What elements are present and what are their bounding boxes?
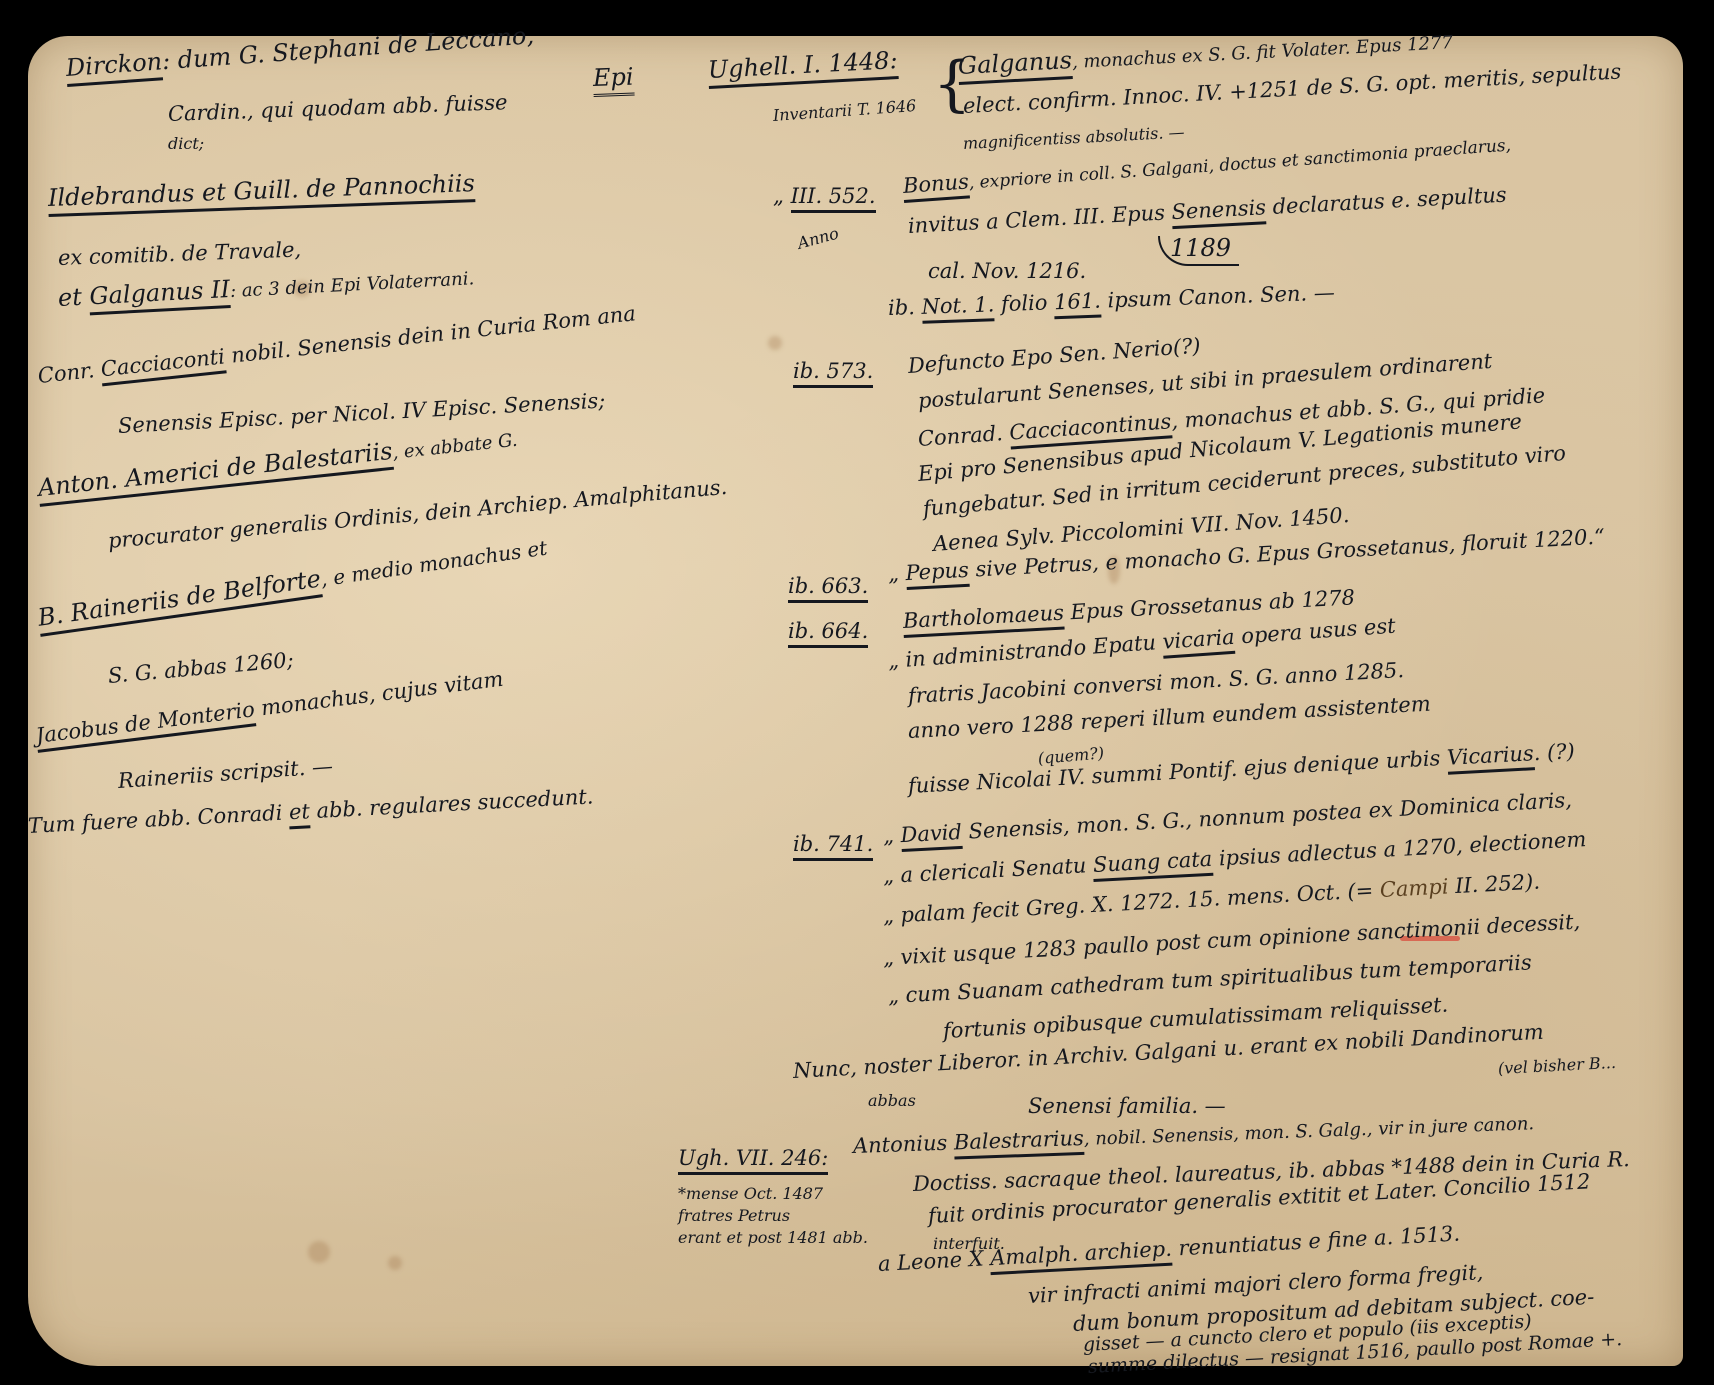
margin-note-3: erant et post 1481 abb. [678,1230,868,1246]
manuscript-page: Dirckon: dum G. Stephani de Leccano, Car… [28,36,1683,1366]
right-note-line: ib. Not. 1. folio 161. ipsum Canon. Sen.… [888,282,1335,319]
margin-note-2: fratres Petrus [678,1208,790,1224]
left-line-9: Anton. Americi de Balestariis, ex abbate… [37,426,519,500]
left-line-13: Jacobus de Monterio monachus, cujus vita… [35,669,505,747]
left-line-8: Senensis Episc. per Nicol. IV Episc. Sen… [117,390,605,437]
left-line-12: S. G. abbas 1260; [107,650,294,687]
left-line-6: et Galganus II: ac 3 dein Epi Volaterran… [57,264,474,310]
right-galganus-line-3: magnificentiss absolutis. — [963,124,1185,152]
right-bonus-line-3: cal. Nov. 1216. [928,261,1086,282]
stain [308,1241,330,1263]
margin-note-anno: Anno [796,225,841,251]
epi-heading: Epi [593,65,634,90]
left-line-15: Tum fuere abb. Conradi et abb. regulares… [27,786,593,837]
ref-ugh-VII-246: Ugh. VII. 246: [678,1148,828,1169]
ughelli-heading: Ughell. I. 1448: [707,48,898,82]
left-line-2: Cardin., qui quodam abb. fuisse [168,92,508,125]
ref-ib-663: ib. 663. [788,576,868,597]
margin-note-1: *mense Oct. 1487 [678,1186,823,1202]
left-line-4: Ildebrandus et Guill. de Pannochiis [48,171,476,210]
right-nunc-aside: (vel bisher B... [1498,1055,1617,1077]
right-246-line-1: Antonius Balestrarius, nobil. Senensis, … [853,1112,1535,1157]
right-nunc-abbas: abbas [868,1093,916,1109]
circled-year-1189: 1189 [1158,236,1239,266]
stain [388,1256,402,1270]
right-664-line-5: fuisse Nicolai IV. summi Pontif. ejus de… [907,741,1575,797]
right-573-line-1: Defuncto Epo Sen. Nerio(?) [907,336,1201,377]
ughelli-subheading: Inventarii T. 1646 [772,98,916,124]
ref-ib-741: ib. 741. [793,834,873,855]
ref-III-552: „ III. 552. [773,186,876,207]
left-line-5: ex comitib. de Travale, [58,240,302,269]
ref-ib-664: ib. 664. [788,621,868,642]
ref-ib-573: ib. 573. [793,361,873,382]
left-line-3: dict; [168,136,204,152]
right-bonus-line-2: invitus a Clem. III. Epus Senensis decla… [907,185,1507,237]
left-line-14: Raineriis scripsit. — [117,756,333,792]
right-nunc-line-2: Senensi familia. — [1028,1096,1226,1117]
right-galganus-line-1: Galganus, monachus ex S. G. fit Volater.… [957,28,1453,78]
stain [768,336,782,350]
left-line-1: Dirckon: dum G. Stephani de Leccano, [65,23,535,80]
left-line-7: Conr. Cacciaconti nobil. Senensis dein i… [37,303,637,387]
